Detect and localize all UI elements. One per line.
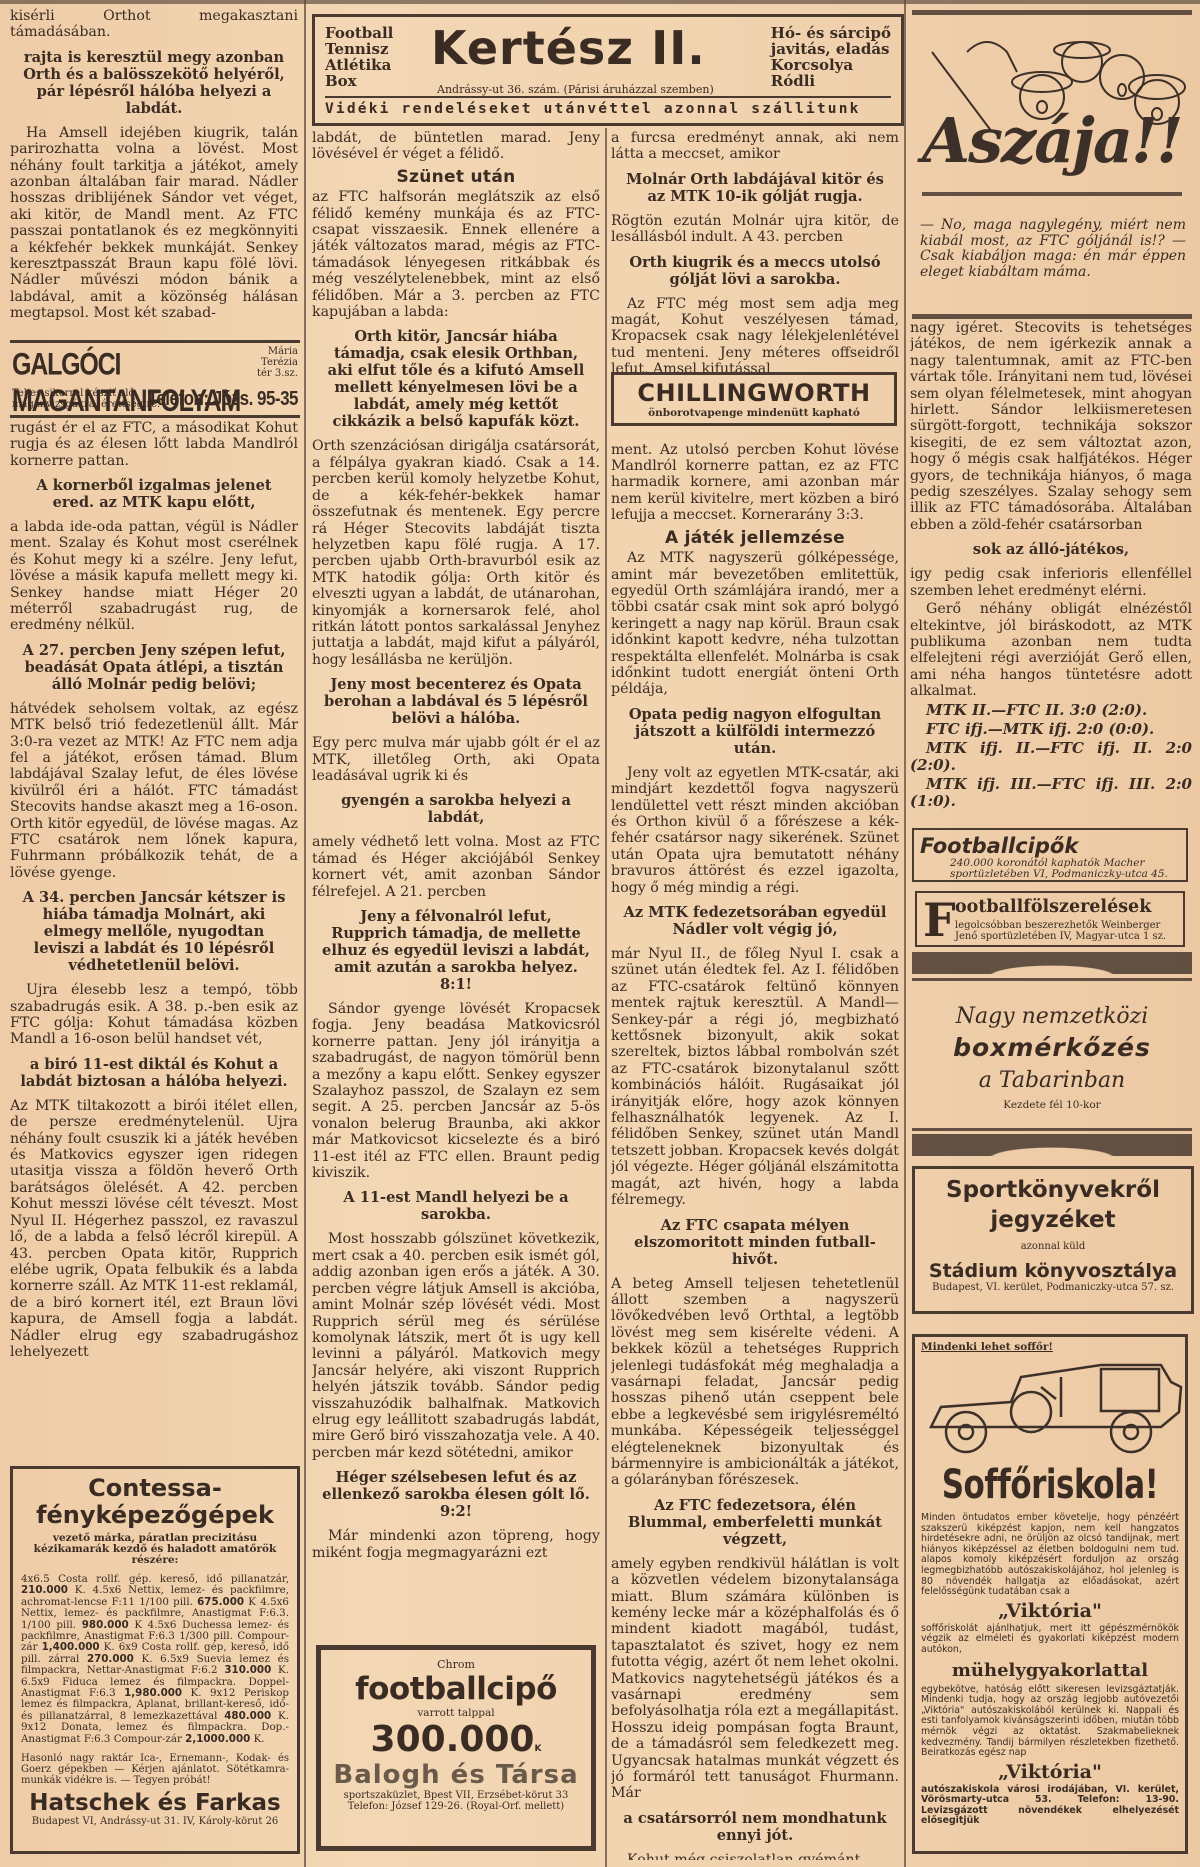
column-rule bbox=[605, 128, 607, 1867]
ad-note: Hasonló nagy raktár Ica-, Ernemann-, Kod… bbox=[21, 1753, 289, 1786]
highlight-text: Molnár Orth labdájával kitör és az MTK 1… bbox=[621, 171, 889, 205]
highlight-text: A 27. percben Jeny szépen lefut, beadásá… bbox=[20, 642, 288, 693]
ad-address: Andrássy-ut 36. szám. (Párisi áruházzal … bbox=[437, 83, 714, 96]
ad-time: Kezdete fél 10-kor bbox=[912, 1099, 1192, 1111]
cartoon-title: Aszája!! bbox=[922, 104, 1181, 177]
ad-tagline: Vidéki rendeléseket utánvéttel azonnal s… bbox=[325, 96, 891, 117]
paragraph: Az FTC még most sem adja meg magát, Kohu… bbox=[611, 296, 899, 378]
highlight-text: a csatársorról nem mondhatunk ennyi jót. bbox=[621, 1810, 889, 1844]
paragraph: igy pedig csak inferioris ellenféllel sz… bbox=[910, 566, 1192, 599]
ad-categories: Football Tennisz Atlétika Box bbox=[325, 25, 393, 89]
article-column-4: nagy igéret. Stecovits is tehetséges ját… bbox=[910, 320, 1192, 820]
address-line: Mária bbox=[257, 346, 298, 357]
paragraph: Egy perc mulva már ujabb gólt ér el az M… bbox=[312, 735, 600, 784]
paragraph: Kohut még csiszolatlan gyémánt, bbox=[611, 1852, 899, 1860]
ad-text: 240.000 koronától kaphatók Macher sportü… bbox=[950, 858, 1180, 880]
ad-title: ootballfölszerelések bbox=[955, 897, 1151, 917]
category: Tennisz bbox=[325, 41, 393, 57]
ad-text: Minden öntudatos ember követelje, hogy p… bbox=[921, 1513, 1179, 1598]
divider bbox=[912, 1128, 1192, 1131]
top-border bbox=[0, 0, 1200, 4]
paragraph: Gerő néhány obligát elnézéstől eltekintv… bbox=[910, 601, 1192, 699]
ad-kicker: Mindenki lehet soffőr! bbox=[921, 1341, 1179, 1353]
ad-brand: „Viktória" bbox=[921, 1600, 1179, 1622]
ornament-divider bbox=[912, 952, 1192, 974]
price-value: 300.000 bbox=[371, 1719, 535, 1760]
cartoon-caption: — No, maga nagylegény, miért nem kiabál … bbox=[920, 218, 1186, 280]
ad-address: Mária Terézia tér 3.sz. bbox=[257, 346, 298, 379]
ad-subtitle: varrott talppal bbox=[321, 1707, 591, 1719]
title-line: Sportkönyvekről bbox=[915, 1175, 1191, 1205]
ad-galgoci: GALGÓCI MAGANTANFOLYAM Mária Terézia tér… bbox=[10, 340, 300, 418]
paragraph: ment. Az utolsó percben Kohut lövése Man… bbox=[611, 442, 899, 524]
paragraph: amely védhető lett volna. Most az FTC tá… bbox=[312, 834, 600, 900]
title-line: Contessa- bbox=[21, 1475, 289, 1502]
highlight-text: Jeny most becenterez és Opata berohan a … bbox=[322, 676, 590, 727]
newspaper-page: kisérli Orthot megakasztani támadásában.… bbox=[0, 0, 1200, 1867]
ad-sofforiskola: Mindenki lehet soffőr! Soffőriskola! Min… bbox=[912, 1334, 1188, 1854]
paragraph: Sándor gyenge lövését Kropacsek fogja. J… bbox=[312, 1001, 600, 1181]
ad-text: egybekötve, hatóság előtt sikeresen levi… bbox=[921, 1685, 1179, 1759]
divider bbox=[912, 10, 1192, 15]
ad-title: boxmérkőzés bbox=[912, 1033, 1192, 1062]
paragraph: amely egyben rendkivül hálátlan is volt … bbox=[611, 1556, 899, 1802]
ad-firm: Balogh és Társa bbox=[321, 1760, 591, 1790]
price-value: 210.000 bbox=[21, 1584, 68, 1596]
ad-footballcipok: Footballcipők 240.000 koronától kaphatók… bbox=[912, 828, 1188, 882]
ad-address: sportszaküzlet, Bpest VII, Erzsébet-köru… bbox=[321, 1790, 591, 1812]
ad-title: Soffőriskola! bbox=[921, 1462, 1179, 1509]
ad-subtitle: vezető márka, páratlan precizitásu kézik… bbox=[21, 1533, 289, 1566]
price-value: 270.000 bbox=[87, 1653, 134, 1665]
address-line: Terézia bbox=[257, 357, 298, 368]
paragraph: a furcsa eredményt annak, aki nem látta … bbox=[611, 130, 899, 163]
highlight-text: Jeny a félvonalról lefut, Rupprich támad… bbox=[322, 908, 590, 993]
ad-services: Hó- és sárcipő javitás, eladás Korcsolya… bbox=[771, 25, 891, 89]
ad-highlight: mühelygyakorlattal bbox=[921, 1660, 1179, 1681]
result-line: FTC ifj.—MTK ifj. 2:0 (0:0). bbox=[910, 721, 1192, 738]
ornament-divider bbox=[912, 1134, 1192, 1156]
product-description: 4x6.5 Costa rollf. gép. kereső, idő pill… bbox=[21, 1573, 289, 1585]
ad-initial: F bbox=[923, 893, 956, 947]
service: Korcsolya bbox=[771, 57, 891, 73]
price-value: 480.000 bbox=[224, 1710, 271, 1722]
match-results: MTK II.—FTC II. 3:0 (2:0). FTC ifj.—MTK … bbox=[910, 702, 1192, 810]
article-column-2: labdát, de büntetlen marad. Jeny lövésév… bbox=[312, 130, 600, 1635]
product-description: K. bbox=[250, 1733, 264, 1745]
article-column-1: kisérli Orthot megakasztani támadásában.… bbox=[10, 8, 298, 1458]
category: Box bbox=[325, 73, 393, 89]
paragraph: Most hosszabb gólszünet következik, mert… bbox=[312, 1231, 600, 1461]
price-value: 2,1000.000 bbox=[185, 1733, 250, 1745]
category: Atlétika bbox=[325, 57, 393, 73]
ad-contessa-cameras: Contessa- fényképezőgépek vezető márka, … bbox=[10, 1466, 300, 1854]
ad-brand: „Viktória" bbox=[921, 1761, 1179, 1783]
paragraph: Rögtön ezután Molnár ujra kitör, de lesá… bbox=[611, 213, 899, 246]
ad-kertesz: Football Tennisz Atlétika Box Kertész II… bbox=[312, 14, 904, 126]
price-value: 310.000 bbox=[224, 1664, 271, 1676]
service: Hó- és sárcipő bbox=[771, 25, 891, 41]
paragraph: Jeny volt az egyetlen MTK-csatár, aki mi… bbox=[611, 765, 899, 896]
paragraph: hátvédek seholsem voltak, az egész MTK b… bbox=[10, 701, 298, 881]
ad-text: autószakiskola városi irodájában, VI. ke… bbox=[921, 1785, 1179, 1827]
ad-firm: Hatschek és Farkas bbox=[21, 1790, 289, 1816]
highlight-text: Héger szélsebesen lefut és az ellenkező … bbox=[322, 1469, 590, 1520]
ad-title: CHILLINGWORTH bbox=[614, 379, 894, 407]
ad-phone: Telefon: Józs. 95-35 bbox=[148, 387, 298, 411]
ad-firm: Stádium könyvosztálya bbox=[915, 1260, 1191, 1282]
title-line: jegyzéket bbox=[915, 1205, 1191, 1235]
highlight-text: Az MTK fedezetsorában egyedül Nádler vol… bbox=[621, 904, 889, 938]
category: Football bbox=[325, 25, 393, 41]
ad-address: Budapest VI, Andrássy-ut 31. IV, Károly-… bbox=[21, 1816, 289, 1827]
highlight-text: A 34. percben Jancsár kétszer is hiába t… bbox=[20, 889, 288, 974]
column-rule bbox=[304, 0, 306, 1867]
address-line: tér 3.sz. bbox=[257, 368, 298, 379]
ad-kicker: Nagy nemzetközi bbox=[912, 1004, 1192, 1029]
divider bbox=[912, 978, 1192, 981]
column-rule bbox=[904, 0, 906, 1867]
ad-price: 300.000K bbox=[321, 1719, 591, 1760]
ad-balogh-football-shoe: Chrom footballcipő varrott talppal 300.0… bbox=[316, 1645, 596, 1851]
ad-venue: a Tabarinban bbox=[912, 1068, 1192, 1093]
highlight-text: Opata pedig nagyon elfogultan játszott a… bbox=[621, 706, 889, 757]
service: Ródli bbox=[771, 73, 891, 89]
section-heading: A játék jellemzése bbox=[611, 530, 899, 546]
ad-tagline: önborotvapenge mindenütt kapható bbox=[614, 407, 894, 419]
ad-subtitle: azonnal küld bbox=[915, 1241, 1191, 1252]
ad-kicker: Chrom bbox=[321, 1658, 591, 1671]
highlight-text: rajta is keresztül megy azonban Orth és … bbox=[20, 49, 288, 117]
ad-title: Contessa- fényképezőgépek bbox=[21, 1475, 289, 1529]
highlight-text: A kornerből izgalmas jelenet ered. az MT… bbox=[20, 477, 288, 511]
highlight-text: Az FTC fedezetsora, élén Blummal, emberf… bbox=[621, 1497, 889, 1548]
highlight-text: Az FTC csapata mélyen elszomoritott mind… bbox=[621, 1217, 889, 1268]
paragraph: a labda ide-oda pattan, végül is Nádler … bbox=[10, 519, 298, 634]
price-value: 675.000 bbox=[197, 1596, 244, 1608]
ad-title: Footballcipők bbox=[920, 834, 1180, 858]
price-currency: K bbox=[534, 1744, 541, 1754]
result-line: MTK ifj. II.—FTC ifj. II. 2:0 (2:0). bbox=[910, 740, 1192, 774]
section-heading: Szünet után bbox=[312, 169, 600, 185]
highlight-text: sok az álló-játékos, bbox=[920, 541, 1182, 558]
paragraph: kisérli Orthot megakasztani támadásában. bbox=[10, 8, 298, 41]
paragraph: Az MTK tiltakozott a birói itélet ellen,… bbox=[10, 1098, 298, 1361]
paragraph: labdát, de büntetlen marad. Jeny lövésév… bbox=[312, 130, 600, 163]
highlight-text: gyengén a sarokba helyezi a labdát, bbox=[322, 792, 590, 826]
address-line: Telefon: József 129-26. (Royal-Orf. mell… bbox=[321, 1801, 591, 1812]
ad-title: Kertész II. bbox=[431, 21, 706, 75]
ad-boxing-event: Nagy nemzetközi boxmérkőzés a Tabarinban… bbox=[912, 996, 1192, 1111]
ad-title: Sportkönyvekről jegyzéket bbox=[915, 1175, 1191, 1235]
highlight-text: Orth kitör, Jancsár hiába támadja, csak … bbox=[322, 328, 590, 430]
divider bbox=[912, 314, 1192, 319]
ad-sportkonyvek: Sportkönyvekről jegyzéket azonnal küld S… bbox=[912, 1166, 1194, 1314]
result-line: MTK II.—FTC II. 3:0 (2:0). bbox=[910, 702, 1192, 719]
cartoon: Aszája!! — No, maga nagylegény, miért ne… bbox=[912, 10, 1192, 310]
ad-chillingworth: CHILLINGWORTH önborotvapenge mindenütt k… bbox=[611, 372, 897, 426]
highlight-text: a biró 11-est diktál és Kohut a labdát b… bbox=[20, 1056, 288, 1090]
result-line: MTK ifj. III.—FTC ifj. III. 2:0 (1:0). bbox=[910, 776, 1192, 810]
title-line: fényképezőgépek bbox=[21, 1502, 289, 1529]
paragraph: rugást ér el az FTC, a másodikat Kohut r… bbox=[10, 420, 298, 469]
price-value: 1,400.000 bbox=[42, 1641, 100, 1653]
description-line: magánvizsgákra, érettségire. bbox=[12, 399, 160, 410]
address-line: sportszaküzlet, Bpest VII, Erzsébet-köru… bbox=[321, 1790, 591, 1801]
ad-address: Budapest, VI. kerület, Podmaniczky-utca … bbox=[915, 1282, 1191, 1293]
paragraph: A beteg Amsell teljesen tehetetlenül áll… bbox=[611, 1276, 899, 1489]
ad-footballfolszerelesek: F ootballfölszerelések legolcsóbban besz… bbox=[915, 891, 1185, 947]
ad-text: legolcsóbban beszerezhetők Weinberger Je… bbox=[955, 920, 1183, 942]
price-value: 980.000 bbox=[82, 1619, 129, 1631]
paragraph: már Nyul II., de főleg Nyul I. csak a sz… bbox=[611, 946, 899, 1209]
paragraph: Ujra élesebb lesz a tempó, több szabadru… bbox=[10, 982, 298, 1048]
paragraph: Ha Amsell idejében kiugrik, talán pariro… bbox=[10, 125, 298, 322]
paragraph: az FTC halfsorán meglátszik az első féli… bbox=[312, 189, 600, 320]
service: javitás, eladás bbox=[771, 41, 891, 57]
ad-title: footballcipő bbox=[321, 1671, 591, 1707]
ad-text: soffőriskolát ajánlhatjuk, mert itt gépé… bbox=[921, 1624, 1179, 1656]
paragraph: nagy igéret. Stecovits is tehetséges ját… bbox=[910, 320, 1192, 533]
paragraph: Már mindenki azon töpreng, hogy miként f… bbox=[312, 1528, 600, 1561]
car-illustration bbox=[921, 1357, 1185, 1457]
divider bbox=[922, 192, 1182, 196]
highlight-text: Orth kiugrik és a meccs utolsó gólját lö… bbox=[621, 254, 889, 288]
highlight-text: A 11-est Mandl helyezi be a sarokba. bbox=[322, 1189, 590, 1223]
paragraph: Az MTK nagyszerü gólképessége, amint már… bbox=[611, 550, 899, 698]
paragraph: Orth szenzációsan dirigálja csatársorát,… bbox=[312, 438, 600, 668]
ad-price-list: 4x6.5 Costa rollf. gép. kereső, idő pill… bbox=[21, 1574, 289, 1745]
ad-description: Teljes sikerrel késziť elő magánvizsgákr… bbox=[12, 388, 160, 410]
description-line: Teljes sikerrel késziť elő bbox=[12, 388, 160, 399]
